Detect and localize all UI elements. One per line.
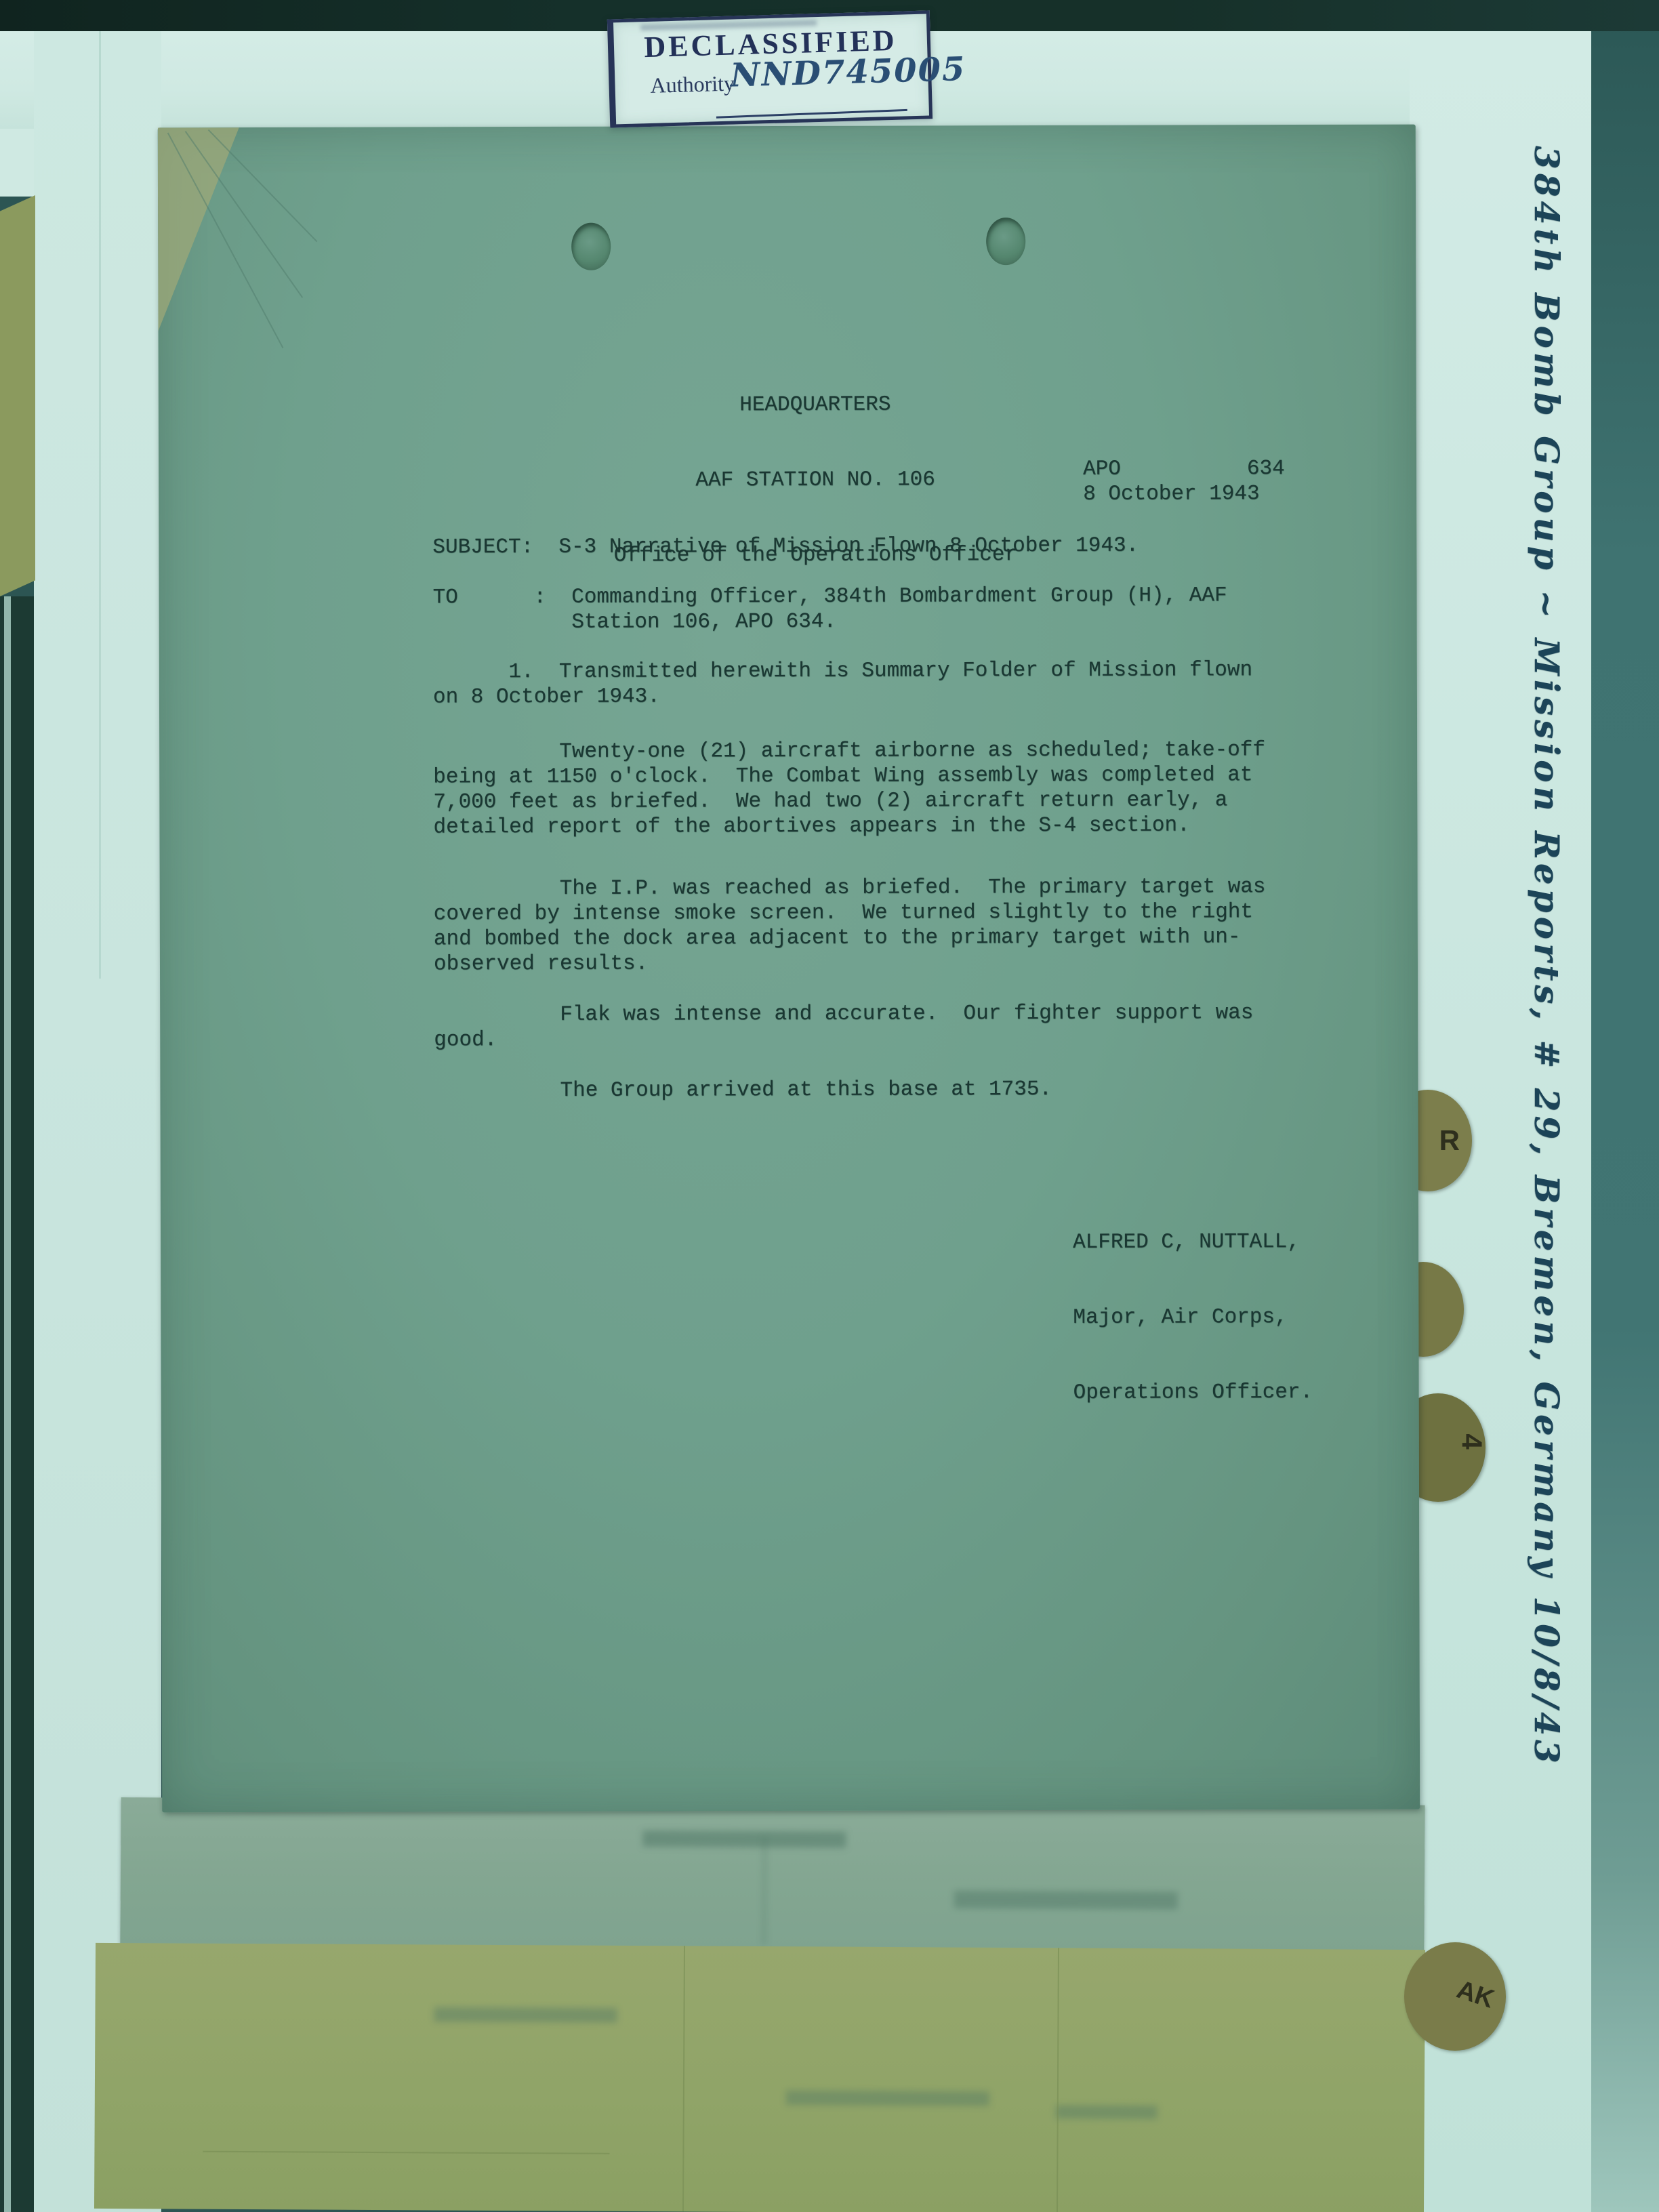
ghost-text-smudge bbox=[1056, 2105, 1158, 2119]
ghost-text-smudge bbox=[642, 1830, 846, 1848]
paragraph-5: The Group arrived at this base at 1735. bbox=[434, 1077, 1052, 1103]
apo-date-block: APO 634 8 October 1943 bbox=[1083, 456, 1285, 507]
index-tab-label: 4 bbox=[1455, 1433, 1488, 1461]
stamp-underline bbox=[716, 109, 907, 119]
punch-hole bbox=[986, 218, 1025, 265]
letterhead-line-2: AAF STATION NO. 106 bbox=[446, 466, 1185, 493]
ghost-line bbox=[762, 1837, 766, 1945]
ghost-text-smudge bbox=[434, 2007, 617, 2022]
letterhead-line-1: HEADQUARTERS bbox=[446, 391, 1185, 418]
index-tab-label: R bbox=[1439, 1124, 1472, 1157]
paragraph-2: Twenty-one (21) aircraft airborne as sch… bbox=[433, 737, 1265, 840]
folder-crease bbox=[99, 30, 101, 979]
stamp-authority-number: NND745005 bbox=[730, 50, 966, 95]
fold-line bbox=[1057, 1948, 1059, 2212]
stamp-authority-row: AuthorityNND745005 bbox=[615, 55, 928, 102]
tan-folder-wedge bbox=[0, 195, 35, 596]
index-tab: AK bbox=[1404, 1942, 1506, 2051]
photo-backdrop-left bbox=[0, 596, 34, 2212]
declassified-stamp: DECLASSIFIED AuthorityNND745005 bbox=[607, 10, 933, 127]
scanned-document-photo: { "stamp": { "title": "DECLASSIFIED", "a… bbox=[0, 0, 1659, 2212]
underlying-sheet-tan bbox=[94, 1943, 1425, 2212]
photo-backdrop-right bbox=[1591, 0, 1659, 2212]
subject-to-block: SUBJECT: S-3 Narrative of Mission Flown … bbox=[432, 533, 1227, 635]
ghost-text-smudge bbox=[786, 2090, 989, 2106]
signature-rank: Major, Air Corps, bbox=[1073, 1305, 1313, 1330]
handwritten-margin-note: 384th Bomb Group ~ Mission Reports, # 29… bbox=[1527, 146, 1567, 1767]
folder-edge-highlight bbox=[4, 596, 11, 2212]
signature-title: Operations Officer. bbox=[1073, 1380, 1313, 1406]
fold-line bbox=[682, 1946, 685, 2211]
signature-block: ALFRED C, NUTTALL, Major, Air Corps, Ope… bbox=[1073, 1179, 1313, 1456]
stamp-authority-label: Authority bbox=[650, 70, 735, 97]
folded-corner-stack bbox=[158, 127, 240, 331]
paragraph-4: Flak was intense and accurate. Our fight… bbox=[434, 1000, 1253, 1052]
folder-corner-fill bbox=[0, 129, 34, 197]
punch-hole bbox=[571, 223, 611, 270]
paragraph-1: 1. Transmitted herewith is Summary Folde… bbox=[433, 657, 1252, 710]
fold-line bbox=[203, 2151, 609, 2154]
ghost-text-smudge bbox=[954, 1891, 1178, 1910]
document-page: HEADQUARTERS AAF STATION NO. 106 Office … bbox=[158, 125, 1420, 1813]
underlying-sheet-grey bbox=[120, 1797, 1425, 1955]
signature-name: ALFRED C, NUTTALL, bbox=[1073, 1229, 1313, 1255]
index-tab-label: AK bbox=[1453, 1975, 1509, 2018]
paragraph-3: The I.P. was reached as briefed. The pri… bbox=[434, 874, 1266, 977]
